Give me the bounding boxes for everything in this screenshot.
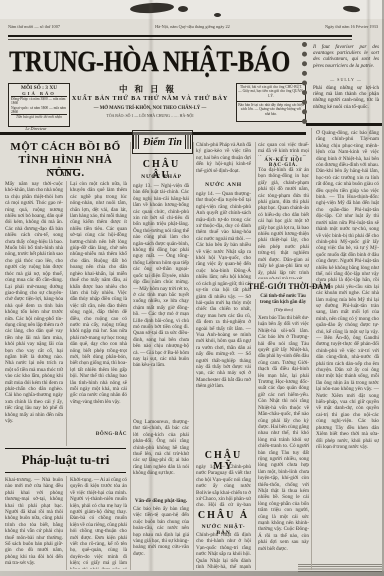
article-text-col: Các báo bên ấy bàn rằng việc tiền-tệ qua… (133, 506, 189, 569)
scan-mark (214, 13, 221, 17)
publication-line: XUẤT BẢN THỨ BA THỨ NĂM VÀ THỨ BẢY (60, 95, 240, 102)
quote-rule (306, 123, 382, 126)
quote-vietnamese: Phải dùng những sự lợi-ích riêng mà làm … (313, 85, 379, 110)
article-text-col: Chính-phủ Pháp và Anh đã ký giao-kèo về … (196, 142, 251, 180)
scan-mark (178, 6, 188, 12)
dateline-right: Ngày thứ năm 16 Février 1933 (325, 24, 378, 34)
article-text-col: ngày 14. — Quan thượng-thư thuộc-địa tuy… (196, 191, 251, 447)
subitem-france: Vấn-đề đồng phật-lăng. (133, 498, 189, 504)
column-rule (193, 142, 194, 570)
dateline-left: Năm thứ mười — số thứ 1007 (8, 24, 60, 34)
price-box: MỖI SỐ : 3 XU GIÁ BÁO Đông-Pháp: cả năm … (8, 83, 70, 127)
hatch-ornament-icon (133, 135, 140, 149)
double-rule (8, 35, 352, 37)
article-text-col: Chính-phủ Nhật đã định cho thi-hành như … (196, 532, 251, 570)
section-rule (5, 472, 126, 473)
article-text-col: Khai-trương. — Nhà buôn nào mới mở cửa h… (5, 477, 63, 569)
quote-attribution: — SULLY — (313, 77, 379, 82)
newspaper-page: Năm thứ mười — số thứ 1007 Hà-Nội, năm Q… (0, 0, 384, 576)
column-rule (130, 142, 131, 570)
headline-law: Pháp-luật tu-tri (5, 452, 126, 468)
scan-top-strip (0, 0, 384, 19)
double-rule (8, 39, 352, 40)
price-note: Tiền báo giả trước thì mới nhận (11, 114, 67, 119)
column-rule (255, 299, 256, 570)
subheader-england: NƯỚC ANH (196, 182, 251, 188)
headline-world-commentary: THẾ-GIỚI THỜI-ĐÀM (248, 282, 305, 291)
article-text-col: các quan coi việc thuế-má đã về kinh trì… (258, 142, 309, 156)
section-marker: III (5, 172, 126, 178)
world-commentary-subtitle: Cái tình-thế nước Tàu trong tấn kịch gần… (256, 294, 310, 306)
article-text-col: Khởi-tụng. — Ai ai cũng có quyền đi kiện… (70, 477, 127, 569)
headline-underline (50, 169, 80, 170)
price-rate: Ngoại-quốc: cả năm 5$00 — nửa năm 2$60 (11, 106, 67, 115)
dateline-center: Hà-Nội, năm Quý-dậu tháng giêng ngày 22 (155, 24, 230, 34)
column-rule (66, 476, 67, 570)
fold-line (366, 0, 371, 140)
article-text-col: Tòa đại-hình đã xử án bọn thông-đồng in … (258, 167, 309, 279)
motto-line: — MỞ MANG TRÍ-KHÔN, NOI THEO CHÂN-LÝ — (60, 106, 240, 111)
quote-french: Il faut favoriser par des avantages part… (313, 44, 379, 69)
article-text-col: ngày 14. — Chính-phủ nước Paraguay đã vi… (196, 464, 251, 508)
section-header-asia: CHÂU Á (196, 510, 251, 521)
hatch-ornament-icon (185, 135, 192, 149)
article-text-col: ngày 13. — Nghị-viện đã bàn đến luật tài… (133, 183, 189, 416)
column-rule (255, 142, 256, 279)
column-rule (66, 181, 67, 446)
article-text-col: Lại còn một cách nữa, là khuyên dân quê … (70, 181, 127, 429)
price-rate: Đông-Pháp: cả năm 3$00 — nửa năm 1$60 (11, 97, 67, 106)
section-rule (5, 448, 126, 449)
article-text-col: Ở Quảng-đông, các báo đăng rằng chính-ph… (316, 130, 379, 558)
article-signature: ĐÔNG-BẮC (70, 432, 127, 437)
article-text-col: Xem báo Tàu thì biết dư-luận bên ấy đối … (258, 315, 309, 570)
column-rule (311, 128, 312, 570)
chain-border-icon (302, 42, 307, 124)
chinese-title: 中和日報 (68, 83, 232, 95)
news-digest-box: Điểm Tin (132, 130, 193, 154)
address-line: TÒA BÁO: SỐ 1 — LỐI NHÀ CHUNG …… HÀ-NỘI (60, 114, 240, 118)
news-digest-box-title: Điểm Tin (143, 137, 182, 148)
subheader-france: NƯỚC PHÁP (133, 174, 190, 180)
dateline: Năm thứ mười — số thứ 1007 Hà-Nội, năm Q… (8, 24, 378, 34)
notice-box: Thư-từ, bài vở xin gửi cho ông CHỦ-BÚT. … (236, 83, 306, 102)
article-text-col: Ông Lamoureux, thượng-thư tài-chính, đã … (133, 419, 189, 496)
notice-box: Báo bán lẻ tại các nhà dây thép cùng các… (236, 101, 306, 122)
continuation-note: (Tiếp theo) (258, 307, 309, 312)
newspaper-title: TRUNG-HÒA NHẬT-BÁO (9, 45, 290, 79)
article-text-col: Mấy năm nay thời-cuộc khó-khăn, làm cho … (5, 181, 63, 447)
